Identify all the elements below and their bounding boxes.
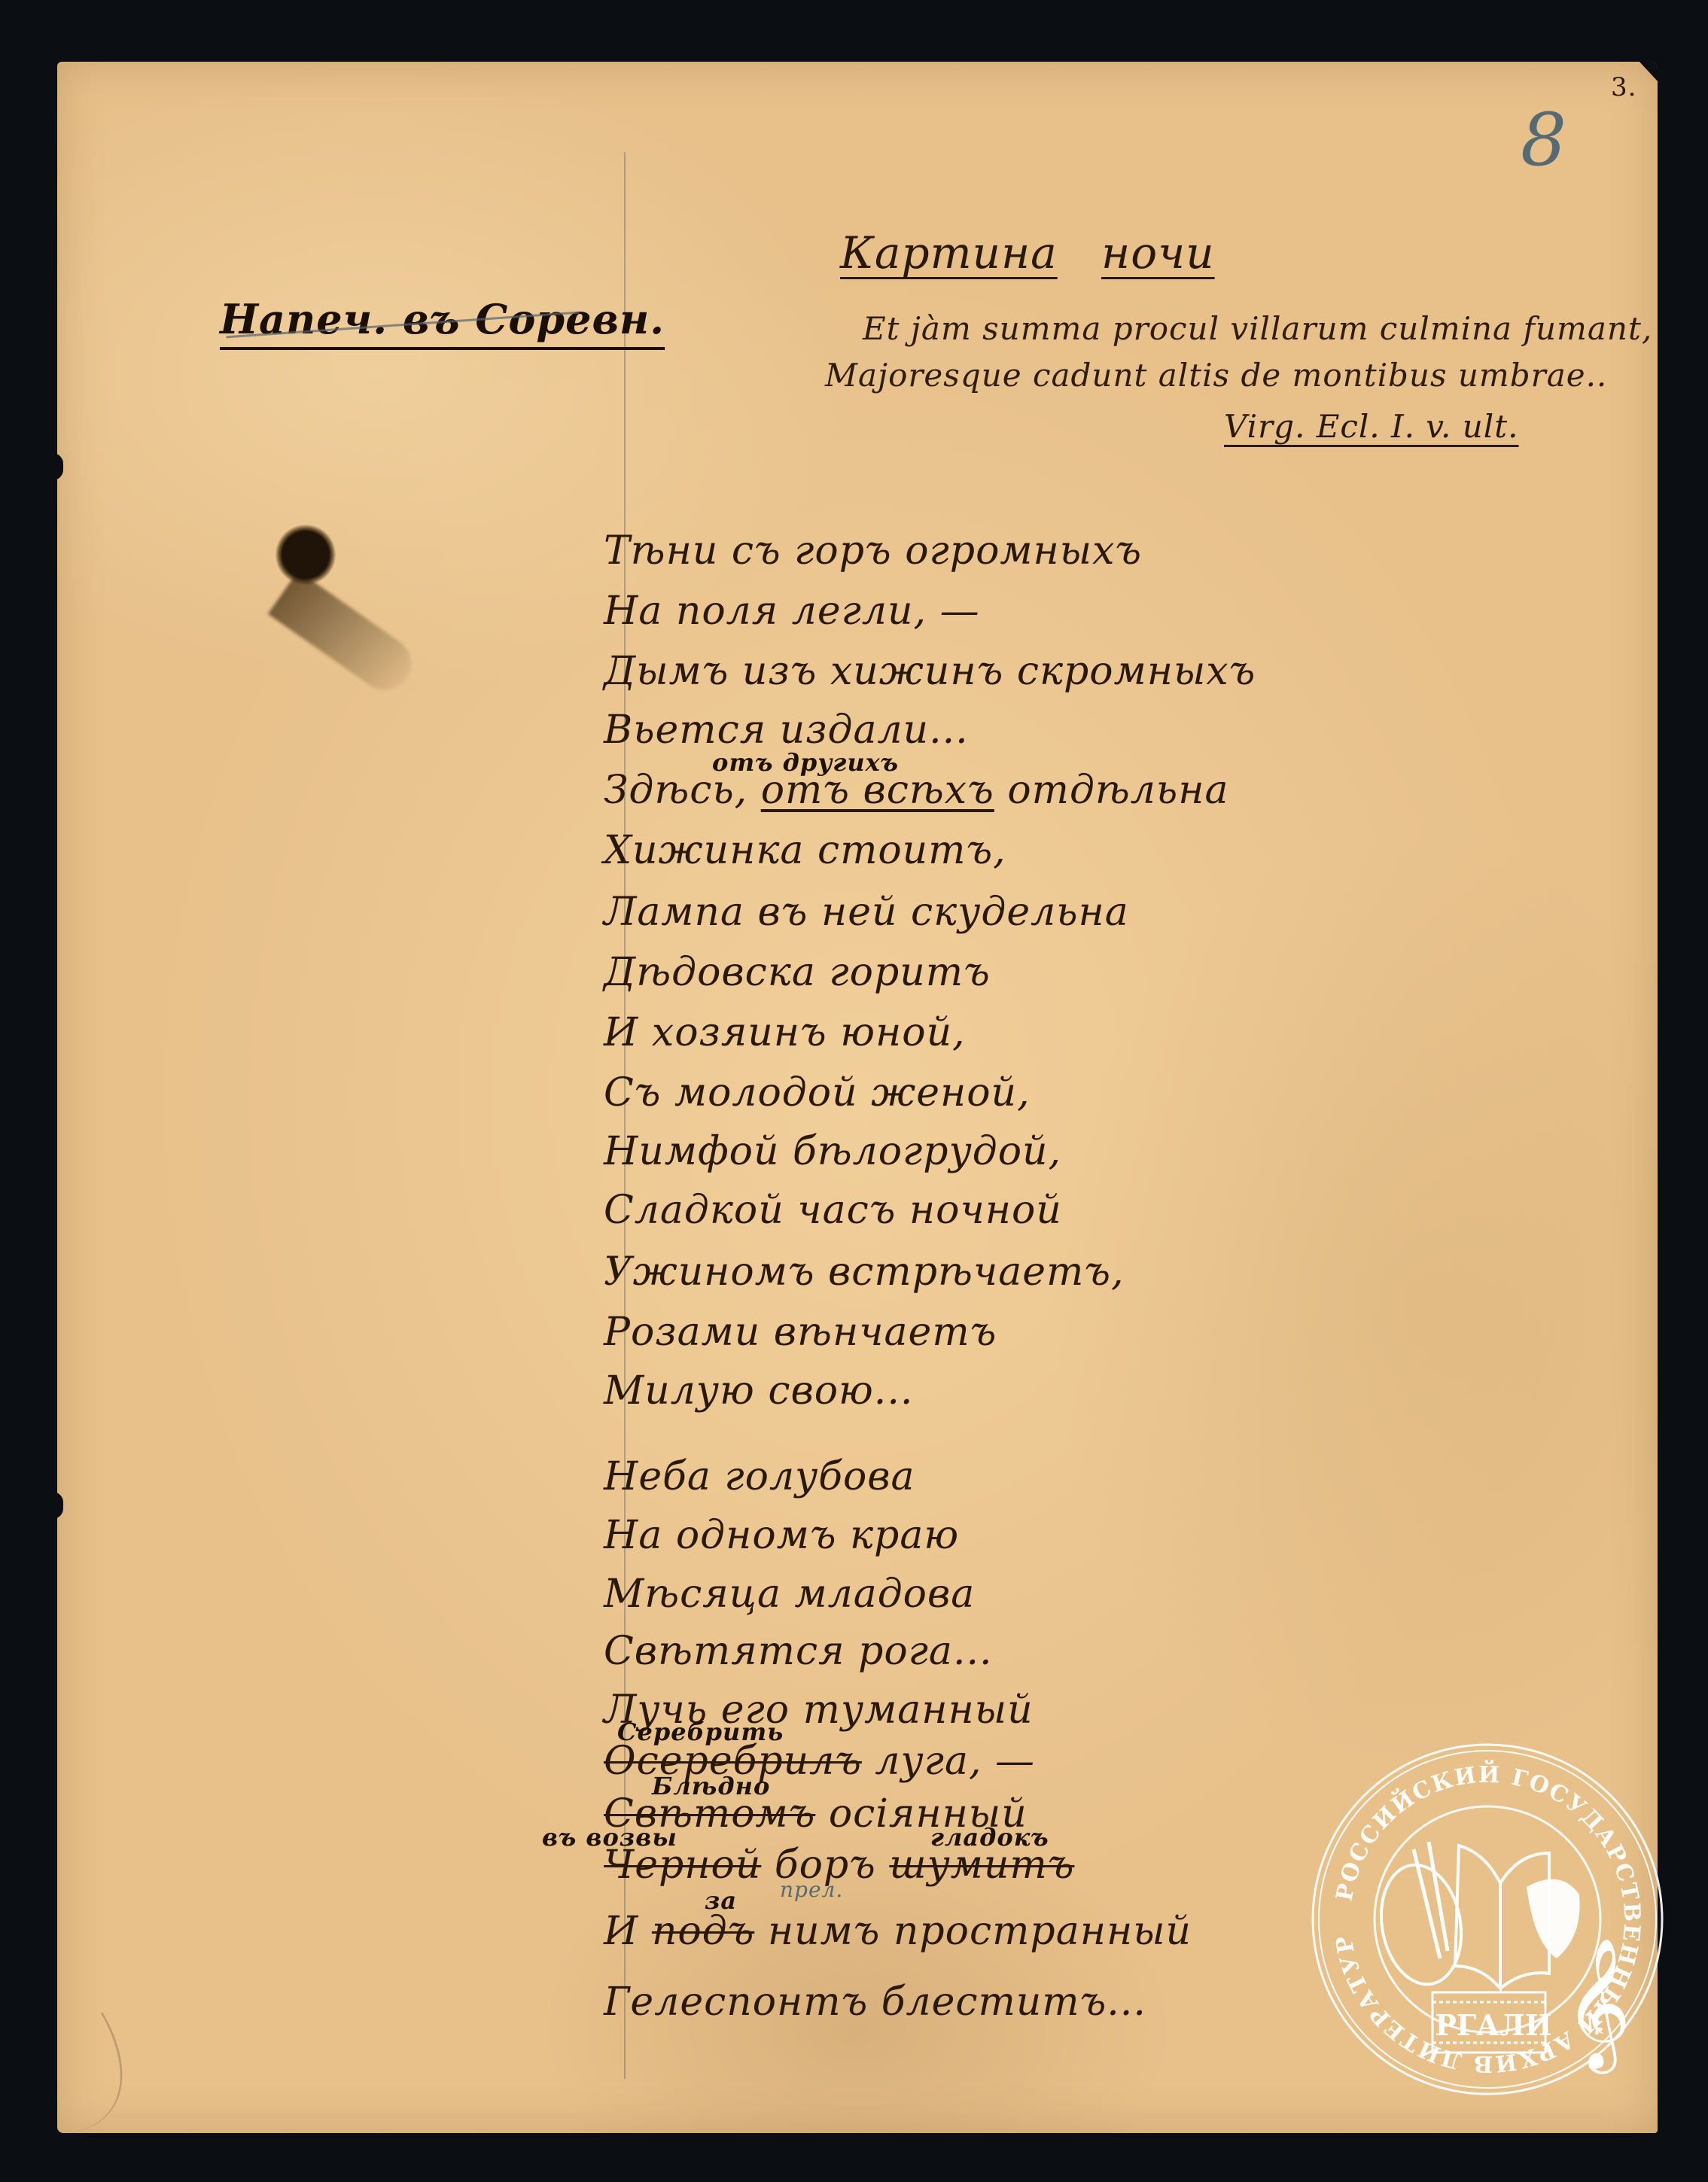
ink-blot-smear [268, 571, 422, 700]
poem-line: Хижинка стоитъ, [604, 828, 1006, 873]
poem-line: Тѣни съ горъ огромныхъ [604, 528, 1142, 574]
pencil-note: прел. [780, 1877, 843, 1902]
poem-line: Нимфой бѣлогрудой, [604, 1129, 1061, 1174]
torn-corner [1638, 62, 1658, 83]
poem-line: Лампа въ ней скудельна [604, 890, 1129, 935]
paper-crease [57, 2013, 172, 2133]
poem-title: Картина ночи [840, 227, 1215, 278]
line-text: Здѣсь, [604, 768, 761, 813]
manuscript-scan: 8 3. Напеч. въ Соревн. Картина ночи Et j… [0, 0, 1708, 2182]
publication-note: Напеч. въ Соревн. [220, 295, 665, 343]
poem-line: Вьется издали... [604, 708, 969, 753]
binding-hole [57, 1492, 63, 1519]
title-word-2: ночи [1101, 227, 1215, 278]
ink-blot [276, 525, 336, 585]
pencil-margin-rule [624, 152, 626, 2079]
brushes-icon [1414, 1842, 1448, 1958]
poem-line: Дѣдовска горитъ [604, 950, 991, 995]
struck-text: Черной [604, 1843, 761, 1888]
line-text: И [604, 1909, 652, 1954]
folio-number-pencil: 8 [1521, 98, 1567, 182]
struck-text: отъ всѣхъ [761, 768, 994, 813]
poem-line: Неба голубова [604, 1454, 915, 1499]
poem-line: И хозяинъ юной, [604, 1010, 966, 1055]
folio-number-ink: 3. [1611, 72, 1636, 102]
stamp-center-text: РГАЛИ [1435, 2008, 1551, 2042]
poem-line: Ужиномъ встрѣчаетъ, [604, 1249, 1125, 1295]
poem-line-corrected: Здѣсь, отъ всѣхъ отдѣльна [604, 768, 1228, 813]
binding-hole [57, 453, 63, 480]
poem-line: Розами вѣнчаетъ [604, 1310, 997, 1355]
poem-line: На одномъ краю [604, 1513, 959, 1558]
poem-line: Милую свою... [604, 1368, 913, 1414]
poem-line: Съ молодой женой, [604, 1070, 1031, 1115]
poem-line: Свѣтятся рога... [604, 1629, 993, 1674]
epigraph-line-1: Et jàm summa procul villarum culmina fum… [863, 310, 1652, 347]
line-text: луга, — [862, 1739, 1035, 1784]
poem-line: Мѣсяца младова [604, 1572, 975, 1617]
struck-text: подъ [652, 1909, 754, 1954]
title-word-1: Картина [840, 227, 1058, 278]
epigraph-line-2: Majoresque cadunt altis de montibus umbr… [825, 357, 1607, 394]
line-text: отдѣльна [994, 768, 1229, 813]
line-text: нимъ пространный [754, 1909, 1192, 1954]
epigraph-citation: Virg. Ecl. I. v. ult. [1224, 408, 1518, 445]
struck-text: шумитъ [889, 1843, 1074, 1888]
rgali-archive-stamp: РОССИЙСКИЙ ГОСУДАРСТВЕННЫЙ АРХИВ ЛИТЕРАТ… [1308, 1740, 1667, 2098]
treble-clef-icon: 𝄞 [1564, 1937, 1631, 2074]
poem-line: Дымъ изъ хижинъ скромныхъ [604, 649, 1256, 694]
poem-line-corrected: И подъ нимъ пространный [604, 1909, 1192, 1954]
poem-line: Сладкой часъ ночной [604, 1188, 1062, 1233]
poem-line: Гелеспонтъ блеститъ... [604, 1980, 1146, 2025]
poem-line: На поля легли, — [604, 589, 980, 634]
svg-text:𝄞: 𝄞 [1564, 1937, 1631, 2074]
